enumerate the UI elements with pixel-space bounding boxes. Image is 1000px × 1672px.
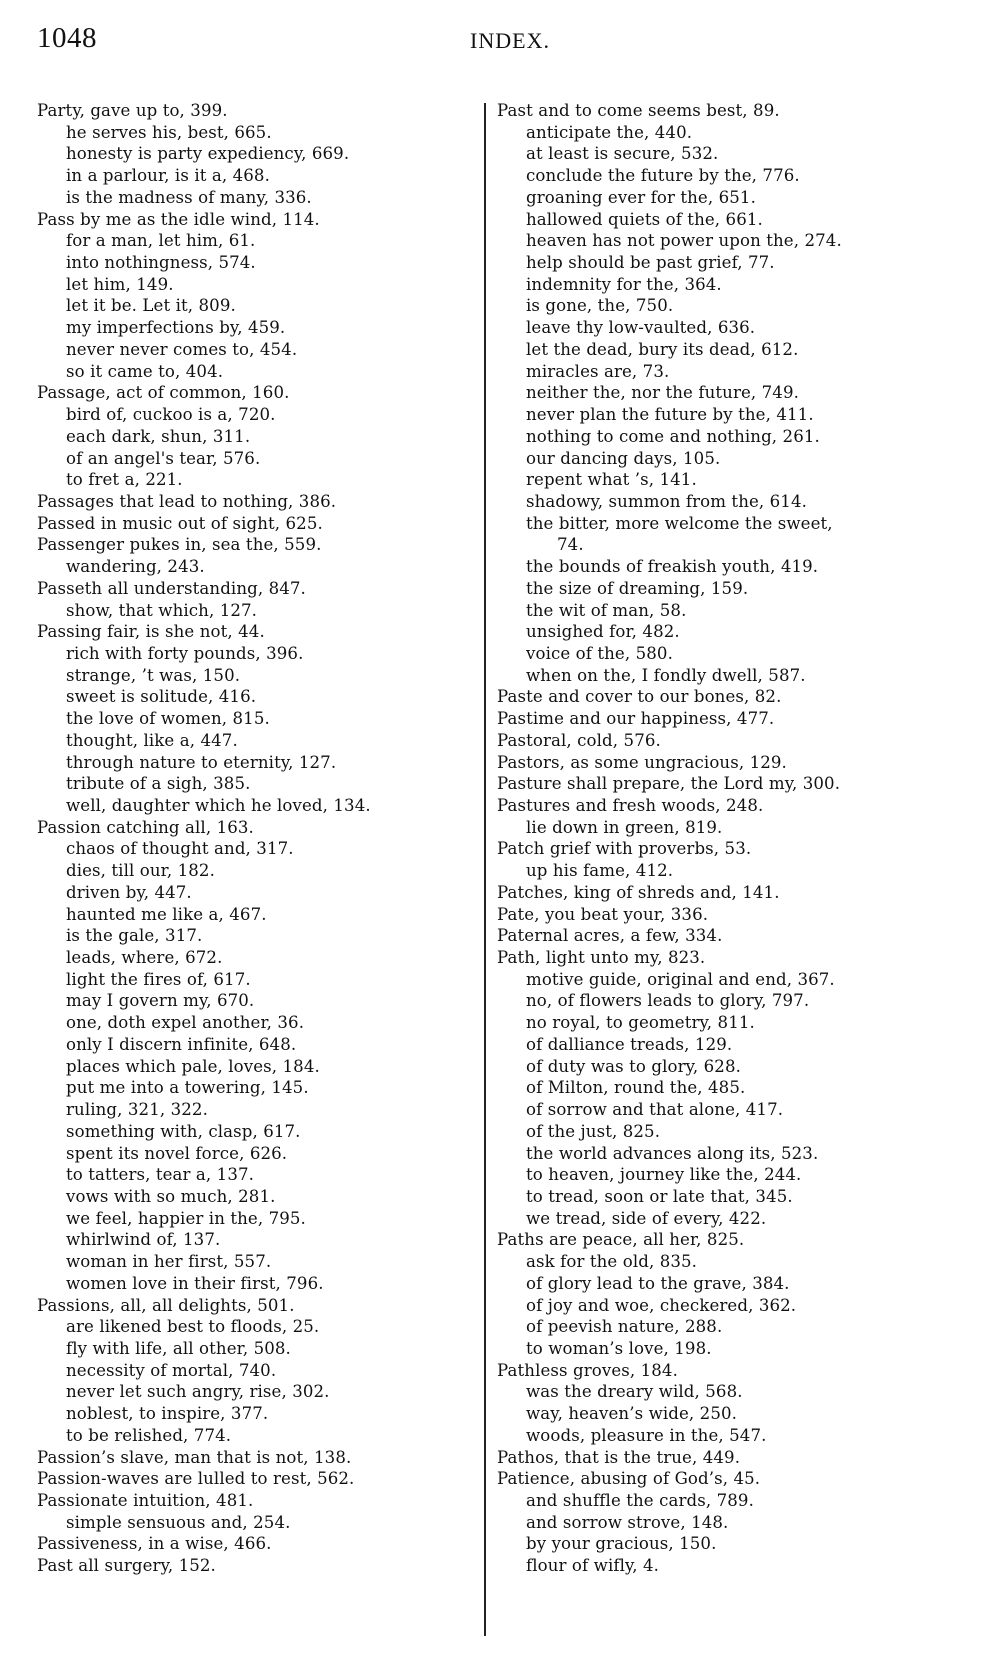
entry-text: may I govern my, 670. <box>66 991 254 1010</box>
entry-text: put me into a towering, 145. <box>66 1078 309 1097</box>
index-subentry: the bitter, more welcome the sweet, <box>497 513 967 535</box>
index-subentry: shadowy, summon from the, 614. <box>497 491 967 513</box>
entry-text: Pastime and our happiness, 477. <box>497 709 774 728</box>
index-subentry: each dark, shun, 311. <box>37 426 477 448</box>
index-subentry: bird of, cuckoo is a, 720. <box>37 404 477 426</box>
entry-text: the world advances along its, 523. <box>526 1144 818 1163</box>
index-subentry: woods, pleasure in the, 547. <box>497 1425 967 1447</box>
entry-text: whirlwind of, 137. <box>66 1230 220 1249</box>
index-subentry: of an angel's tear, 576. <box>37 448 477 470</box>
entry-text: leads, where, 672. <box>66 948 222 967</box>
entry-text: anticipate the, 440. <box>526 123 692 142</box>
index-headword-entry: Passed in music out of sight, 625. <box>37 513 477 535</box>
index-subentry: neither the, nor the future, 749. <box>497 382 967 404</box>
entry-text: woods, pleasure in the, 547. <box>526 1426 766 1445</box>
index-subentry: may I govern my, 670. <box>37 990 477 1012</box>
index-subentry: of sorrow and that alone, 417. <box>497 1099 967 1121</box>
entry-text: Pastures and fresh woods, 248. <box>497 796 763 815</box>
index-subentry: something with, clasp, 617. <box>37 1121 477 1143</box>
running-head: INDEX. <box>0 28 1000 54</box>
entry-text: let the dead, bury its dead, 612. <box>526 340 798 359</box>
entry-text: Passing fair, is she not, 44. <box>37 622 265 641</box>
index-subentry: leave thy low-vaulted, 636. <box>497 317 967 339</box>
index-column-right: Past and to come seems best, 89.anticipa… <box>497 100 967 1577</box>
index-subentry: haunted me like a, 467. <box>37 904 477 926</box>
index-subentry: tribute of a sigh, 385. <box>37 773 477 795</box>
index-subentry: help should be past grief, 77. <box>497 252 967 274</box>
entry-text: the wit of man, 58. <box>526 601 686 620</box>
entry-text: Party, gave up to, 399. <box>37 101 228 120</box>
index-headword-entry: Patience, abusing of God’s, 45. <box>497 1468 967 1490</box>
index-subentry: we tread, side of every, 422. <box>497 1208 967 1230</box>
index-subentry: let the dead, bury its dead, 612. <box>497 339 967 361</box>
entry-text: Passion-waves are lulled to rest, 562. <box>37 1469 354 1488</box>
entry-text: groaning ever for the, 651. <box>526 188 756 207</box>
index-subentry: wandering, 243. <box>37 556 477 578</box>
entry-text: fly with life, all other, 508. <box>66 1339 291 1358</box>
index-subentry: places which pale, loves, 184. <box>37 1056 477 1078</box>
index-subentry: dies, till our, 182. <box>37 860 477 882</box>
entry-text: simple sensuous and, 254. <box>66 1513 290 1532</box>
entry-text: spent its novel force, 626. <box>66 1144 287 1163</box>
index-subentry: the bounds of freakish youth, 419. <box>497 556 967 578</box>
entry-text: rich with forty pounds, 396. <box>66 644 303 663</box>
entry-text: places which pale, loves, 184. <box>66 1057 320 1076</box>
index-subentry: let him, 149. <box>37 274 477 296</box>
entry-text: Patience, abusing of God’s, 45. <box>497 1469 760 1488</box>
index-subentry: hallowed quiets of the, 661. <box>497 209 967 231</box>
entry-text: up his fame, 412. <box>526 861 673 880</box>
index-subentry: of peevish nature, 288. <box>497 1316 967 1338</box>
index-subentry: the world advances along its, 523. <box>497 1143 967 1165</box>
index-headword-entry: Passion catching all, 163. <box>37 817 477 839</box>
index-subentry: the size of dreaming, 159. <box>497 578 967 600</box>
entry-text: each dark, shun, 311. <box>66 427 250 446</box>
entry-text: and shuffle the cards, 789. <box>526 1491 754 1510</box>
entry-text: through nature to eternity, 127. <box>66 753 336 772</box>
index-subentry: honesty is party expediency, 669. <box>37 143 477 165</box>
entry-text: women love in their first, 796. <box>66 1274 324 1293</box>
entry-text: of the just, 825. <box>526 1122 660 1141</box>
entry-text: at least is secure, 532. <box>526 144 718 163</box>
entry-text: to heaven, journey like the, 244. <box>526 1165 801 1184</box>
entry-text: my imperfections by, 459. <box>66 318 285 337</box>
index-headword-entry: Pate, you beat your, 336. <box>497 904 967 926</box>
index-subentry: to be relished, 774. <box>37 1425 477 1447</box>
entry-text: of Milton, round the, 485. <box>526 1078 745 1097</box>
entry-text: Paths are peace, all her, 825. <box>497 1230 744 1249</box>
entry-text: of dalliance treads, 129. <box>526 1035 732 1054</box>
entry-text: only I discern infinite, 648. <box>66 1035 296 1054</box>
entry-text: Patches, king of shreds and, 141. <box>497 883 780 902</box>
entry-text: Passion’s slave, man that is not, 138. <box>37 1448 351 1467</box>
entry-text: the love of women, 815. <box>66 709 270 728</box>
entry-text: hallowed quiets of the, 661. <box>526 210 763 229</box>
entry-text: into nothingness, 574. <box>66 253 256 272</box>
entry-text: show, that which, 127. <box>66 601 257 620</box>
entry-text: he serves his, best, 665. <box>66 123 272 142</box>
index-subentry: conclude the future by the, 776. <box>497 165 967 187</box>
index-subentry: light the fires of, 617. <box>37 969 477 991</box>
index-headword-entry: Paths are peace, all her, 825. <box>497 1229 967 1251</box>
index-subentry: heaven has not power upon the, 274. <box>497 230 967 252</box>
entry-text: is the gale, 317. <box>66 926 202 945</box>
entry-text: Past and to come seems best, 89. <box>497 101 780 120</box>
entry-text: Passionate intuition, 481. <box>37 1491 253 1510</box>
entry-text: conclude the future by the, 776. <box>526 166 800 185</box>
index-headword-entry: Paste and cover to our bones, 82. <box>497 686 967 708</box>
index-headword-entry: Pastures and fresh woods, 248. <box>497 795 967 817</box>
entry-text: wandering, 243. <box>66 557 205 576</box>
entry-text: sweet is solitude, 416. <box>66 687 256 706</box>
entry-text: are likened best to floods, 25. <box>66 1317 319 1336</box>
entry-text: lie down in green, 819. <box>526 818 722 837</box>
entry-text: by your gracious, 150. <box>526 1534 716 1553</box>
entry-text: shadowy, summon from the, 614. <box>526 492 807 511</box>
entry-text: vows with so much, 281. <box>66 1187 275 1206</box>
entry-text: no, of flowers leads to glory, 797. <box>526 991 809 1010</box>
index-headword-entry: Passing fair, is she not, 44. <box>37 621 477 643</box>
index-subentry: miracles are, 73. <box>497 361 967 383</box>
index-subentry: of duty was to glory, 628. <box>497 1056 967 1078</box>
entry-text: when on the, I fondly dwell, 587. <box>526 666 806 685</box>
index-headword-entry: Pastors, as some ungracious, 129. <box>497 752 967 774</box>
index-subentry: anticipate the, 440. <box>497 122 967 144</box>
entry-text: of an angel's tear, 576. <box>66 449 260 468</box>
index-subentry: well, daughter which he loved, 134. <box>37 795 477 817</box>
index-headword-entry: Paternal acres, a few, 334. <box>497 925 967 947</box>
index-subentry: for a man, let him, 61. <box>37 230 477 252</box>
index-subentry: voice of the, 580. <box>497 643 967 665</box>
entry-text: Passions, all, all delights, 501. <box>37 1296 295 1315</box>
entry-text: neither the, nor the future, 749. <box>526 383 799 402</box>
entry-text: of duty was to glory, 628. <box>526 1057 741 1076</box>
index-subentry: up his fame, 412. <box>497 860 967 882</box>
index-headword-entry: Passion’s slave, man that is not, 138. <box>37 1447 477 1469</box>
index-subentry: is the madness of many, 336. <box>37 187 477 209</box>
entry-text: of joy and woe, checkered, 362. <box>526 1296 796 1315</box>
index-subentry: noblest, to inspire, 377. <box>37 1403 477 1425</box>
entry-text: ruling, 321, 322. <box>66 1100 208 1119</box>
entry-text: tribute of a sigh, 385. <box>66 774 250 793</box>
index-headword-entry: Party, gave up to, 399. <box>37 100 477 122</box>
entry-text: never plan the future by the, 411. <box>526 405 814 424</box>
index-subentry: the wit of man, 58. <box>497 600 967 622</box>
entry-text: Pastoral, cold, 576. <box>497 731 661 750</box>
entry-text: Pathless groves, 184. <box>497 1361 678 1380</box>
entry-text: ask for the old, 835. <box>526 1252 697 1271</box>
index-subentry: one, doth expel another, 36. <box>37 1012 477 1034</box>
index-subentry: woman in her first, 557. <box>37 1251 477 1273</box>
index-headword-entry: Pastime and our happiness, 477. <box>497 708 967 730</box>
index-subentry: way, heaven’s wide, 250. <box>497 1403 967 1425</box>
entry-text: chaos of thought and, 317. <box>66 839 294 858</box>
entry-text: to tread, soon or late that, 345. <box>526 1187 793 1206</box>
index-subentry: at least is secure, 532. <box>497 143 967 165</box>
entry-text: is the madness of many, 336. <box>66 188 312 207</box>
entry-text: Pass by me as the idle wind, 114. <box>37 210 320 229</box>
index-headword-entry: Patches, king of shreds and, 141. <box>497 882 967 904</box>
index-subentry: nothing to come and nothing, 261. <box>497 426 967 448</box>
index-subentry: to woman’s love, 198. <box>497 1338 967 1360</box>
index-headword-entry: Passages that lead to nothing, 386. <box>37 491 477 513</box>
entry-text: bird of, cuckoo is a, 720. <box>66 405 276 424</box>
index-subentry: chaos of thought and, 317. <box>37 838 477 860</box>
entry-text: haunted me like a, 467. <box>66 905 267 924</box>
entry-text: leave thy low-vaulted, 636. <box>526 318 755 337</box>
entry-text: dies, till our, 182. <box>66 861 215 880</box>
index-headword-entry: Pasture shall prepare, the Lord my, 300. <box>497 773 967 795</box>
entry-text: Path, light unto my, 823. <box>497 948 705 967</box>
entry-text: we feel, happier in the, 795. <box>66 1209 306 1228</box>
index-subentry: of dalliance treads, 129. <box>497 1034 967 1056</box>
entry-text: the size of dreaming, 159. <box>526 579 748 598</box>
index-subentry: he serves his, best, 665. <box>37 122 477 144</box>
index-headword-entry: Pass by me as the idle wind, 114. <box>37 209 477 231</box>
entry-text: way, heaven’s wide, 250. <box>526 1404 737 1423</box>
index-headword-entry: Pathless groves, 184. <box>497 1360 967 1382</box>
entry-text: never never comes to, 454. <box>66 340 297 359</box>
entry-text: to be relished, 774. <box>66 1426 231 1445</box>
entry-text: so it came to, 404. <box>66 362 223 381</box>
entry-text: Passion catching all, 163. <box>37 818 254 837</box>
entry-text: help should be past grief, 77. <box>526 253 775 272</box>
index-headword-entry: Past and to come seems best, 89. <box>497 100 967 122</box>
index-subentry: ruling, 321, 322. <box>37 1099 477 1121</box>
index-subentry: flour of wifly, 4. <box>497 1555 967 1577</box>
entry-text: necessity of mortal, 740. <box>66 1361 276 1380</box>
entry-text: motive guide, original and end, 367. <box>526 970 835 989</box>
entry-text: Pate, you beat your, 336. <box>497 905 708 924</box>
index-subentry: strange, ’t was, 150. <box>37 665 477 687</box>
entry-text: strange, ’t was, 150. <box>66 666 240 685</box>
index-subentry: lie down in green, 819. <box>497 817 967 839</box>
entry-text: Passages that lead to nothing, 386. <box>37 492 336 511</box>
index-subentry: motive guide, original and end, 367. <box>497 969 967 991</box>
entry-text: voice of the, 580. <box>526 644 673 663</box>
index-subentry: so it came to, 404. <box>37 361 477 383</box>
entry-text: driven by, 447. <box>66 883 192 902</box>
index-headword-entry: Pastoral, cold, 576. <box>497 730 967 752</box>
entry-text: was the dreary wild, 568. <box>526 1382 743 1401</box>
index-headword-entry: Pathos, that is the true, 449. <box>497 1447 967 1469</box>
index-subentry: driven by, 447. <box>37 882 477 904</box>
entry-text: well, daughter which he loved, 134. <box>66 796 371 815</box>
index-subentry: we feel, happier in the, 795. <box>37 1208 477 1230</box>
index-subentry: unsighed for, 482. <box>497 621 967 643</box>
index-subentry: was the dreary wild, 568. <box>497 1381 967 1403</box>
entry-text: heaven has not power upon the, 274. <box>526 231 842 250</box>
index-subentry: leads, where, 672. <box>37 947 477 969</box>
index-subentry: put me into a towering, 145. <box>37 1077 477 1099</box>
entry-text: thought, like a, 447. <box>66 731 238 750</box>
index-subentry: and sorrow strove, 148. <box>497 1512 967 1534</box>
index-entry-continuation: 74. <box>497 534 967 556</box>
index-subentry: is gone, the, 750. <box>497 295 967 317</box>
entry-text: no royal, to geometry, 811. <box>526 1013 755 1032</box>
entry-text: woman in her first, 557. <box>66 1252 271 1271</box>
index-headword-entry: Passage, act of common, 160. <box>37 382 477 404</box>
entry-text: miracles are, 73. <box>526 362 669 381</box>
index-headword-entry: Passiveness, in a wise, 466. <box>37 1533 477 1555</box>
index-subentry: rich with forty pounds, 396. <box>37 643 477 665</box>
index-subentry: to heaven, journey like the, 244. <box>497 1164 967 1186</box>
index-subentry: women love in their first, 796. <box>37 1273 477 1295</box>
entry-text: nothing to come and nothing, 261. <box>526 427 820 446</box>
entry-text: indemnity for the, 364. <box>526 275 722 294</box>
index-subentry: never let such angry, rise, 302. <box>37 1381 477 1403</box>
index-headword-entry: Passion-waves are lulled to rest, 562. <box>37 1468 477 1490</box>
index-subentry: ask for the old, 835. <box>497 1251 967 1273</box>
index-subentry: and shuffle the cards, 789. <box>497 1490 967 1512</box>
entry-text: Pathos, that is the true, 449. <box>497 1448 740 1467</box>
entry-text: flour of wifly, 4. <box>526 1556 659 1575</box>
entry-text: Passed in music out of sight, 625. <box>37 514 323 533</box>
entry-text: Passenger pukes in, sea the, 559. <box>37 535 322 554</box>
index-subentry: vows with so much, 281. <box>37 1186 477 1208</box>
entry-text: the bounds of freakish youth, 419. <box>526 557 818 576</box>
entry-text: Pasture shall prepare, the Lord my, 300. <box>497 774 840 793</box>
index-subentry: to fret a, 221. <box>37 469 477 491</box>
entry-text: never let such angry, rise, 302. <box>66 1382 330 1401</box>
index-subentry: repent what ’s, 141. <box>497 469 967 491</box>
entry-text: in a parlour, is it a, 468. <box>66 166 270 185</box>
entry-text: Patch grief with proverbs, 53. <box>497 839 751 858</box>
index-headword-entry: Past all surgery, 152. <box>37 1555 477 1577</box>
index-subentry: indemnity for the, 364. <box>497 274 967 296</box>
index-headword-entry: Passeth all understanding, 847. <box>37 578 477 600</box>
entry-text: Passiveness, in a wise, 466. <box>37 1534 272 1553</box>
index-subentry: never never comes to, 454. <box>37 339 477 361</box>
entry-text: Past all surgery, 152. <box>37 1556 216 1575</box>
entry-text: the bitter, more welcome the sweet, <box>526 514 833 533</box>
index-subentry: when on the, I fondly dwell, 587. <box>497 665 967 687</box>
index-subentry: into nothingness, 574. <box>37 252 477 274</box>
entry-text: Paternal acres, a few, 334. <box>497 926 722 945</box>
index-subentry: the love of women, 815. <box>37 708 477 730</box>
entry-text: let him, 149. <box>66 275 174 294</box>
index-subentry: necessity of mortal, 740. <box>37 1360 477 1382</box>
entry-text: Passeth all understanding, 847. <box>37 579 306 598</box>
index-subentry: of joy and woe, checkered, 362. <box>497 1295 967 1317</box>
entry-text: noblest, to inspire, 377. <box>66 1404 268 1423</box>
index-subentry: of Milton, round the, 485. <box>497 1077 967 1099</box>
entry-text: to woman’s love, 198. <box>526 1339 712 1358</box>
entry-text: one, doth expel another, 36. <box>66 1013 304 1032</box>
index-headword-entry: Passionate intuition, 481. <box>37 1490 477 1512</box>
entry-text: something with, clasp, 617. <box>66 1122 301 1141</box>
index-subentry: of the just, 825. <box>497 1121 967 1143</box>
index-subentry: let it be. Let it, 809. <box>37 295 477 317</box>
entry-text: for a man, let him, 61. <box>66 231 255 250</box>
index-column-left: Party, gave up to, 399.he serves his, be… <box>37 100 477 1577</box>
index-subentry: fly with life, all other, 508. <box>37 1338 477 1360</box>
index-headword-entry: Passions, all, all delights, 501. <box>37 1295 477 1317</box>
entry-text: and sorrow strove, 148. <box>526 1513 728 1532</box>
index-headword-entry: Passenger pukes in, sea the, 559. <box>37 534 477 556</box>
index-subentry: to tread, soon or late that, 345. <box>497 1186 967 1208</box>
entry-text: to tatters, tear a, 137. <box>66 1165 254 1184</box>
index-subentry: never plan the future by the, 411. <box>497 404 967 426</box>
index-subentry: of glory lead to the grave, 384. <box>497 1273 967 1295</box>
index-subentry: to tatters, tear a, 137. <box>37 1164 477 1186</box>
entry-text: honesty is party expediency, 669. <box>66 144 349 163</box>
entry-text: is gone, the, 750. <box>526 296 673 315</box>
index-subentry: in a parlour, is it a, 468. <box>37 165 477 187</box>
index-subentry: only I discern infinite, 648. <box>37 1034 477 1056</box>
index-subentry: thought, like a, 447. <box>37 730 477 752</box>
index-headword-entry: Path, light unto my, 823. <box>497 947 967 969</box>
entry-text: of glory lead to the grave, 384. <box>526 1274 790 1293</box>
index-subentry: my imperfections by, 459. <box>37 317 477 339</box>
index-headword-entry: Patch grief with proverbs, 53. <box>497 838 967 860</box>
entry-text: repent what ’s, 141. <box>526 470 697 489</box>
entry-text: to fret a, 221. <box>66 470 183 489</box>
entry-text: light the fires of, 617. <box>66 970 251 989</box>
entry-text: of peevish nature, 288. <box>526 1317 722 1336</box>
entry-text: unsighed for, 482. <box>526 622 680 641</box>
index-subentry: are likened best to floods, 25. <box>37 1316 477 1338</box>
entry-text: Paste and cover to our bones, 82. <box>497 687 781 706</box>
index-subentry: through nature to eternity, 127. <box>37 752 477 774</box>
entry-text: our dancing days, 105. <box>526 449 720 468</box>
index-subentry: whirlwind of, 137. <box>37 1229 477 1251</box>
entry-text: Passage, act of common, 160. <box>37 383 290 402</box>
index-subentry: no, of flowers leads to glory, 797. <box>497 990 967 1012</box>
column-divider <box>484 103 486 1636</box>
entry-text: let it be. Let it, 809. <box>66 296 236 315</box>
entry-text: 74. <box>557 535 584 554</box>
index-subentry: simple sensuous and, 254. <box>37 1512 477 1534</box>
index-subentry: our dancing days, 105. <box>497 448 967 470</box>
entry-text: of sorrow and that alone, 417. <box>526 1100 783 1119</box>
index-subentry: is the gale, 317. <box>37 925 477 947</box>
index-subentry: by your gracious, 150. <box>497 1533 967 1555</box>
entry-text: we tread, side of every, 422. <box>526 1209 766 1228</box>
entry-text: Pastors, as some ungracious, 129. <box>497 753 787 772</box>
index-subentry: show, that which, 127. <box>37 600 477 622</box>
index-subentry: no royal, to geometry, 811. <box>497 1012 967 1034</box>
index-subentry: sweet is solitude, 416. <box>37 686 477 708</box>
index-subentry: groaning ever for the, 651. <box>497 187 967 209</box>
index-subentry: spent its novel force, 626. <box>37 1143 477 1165</box>
